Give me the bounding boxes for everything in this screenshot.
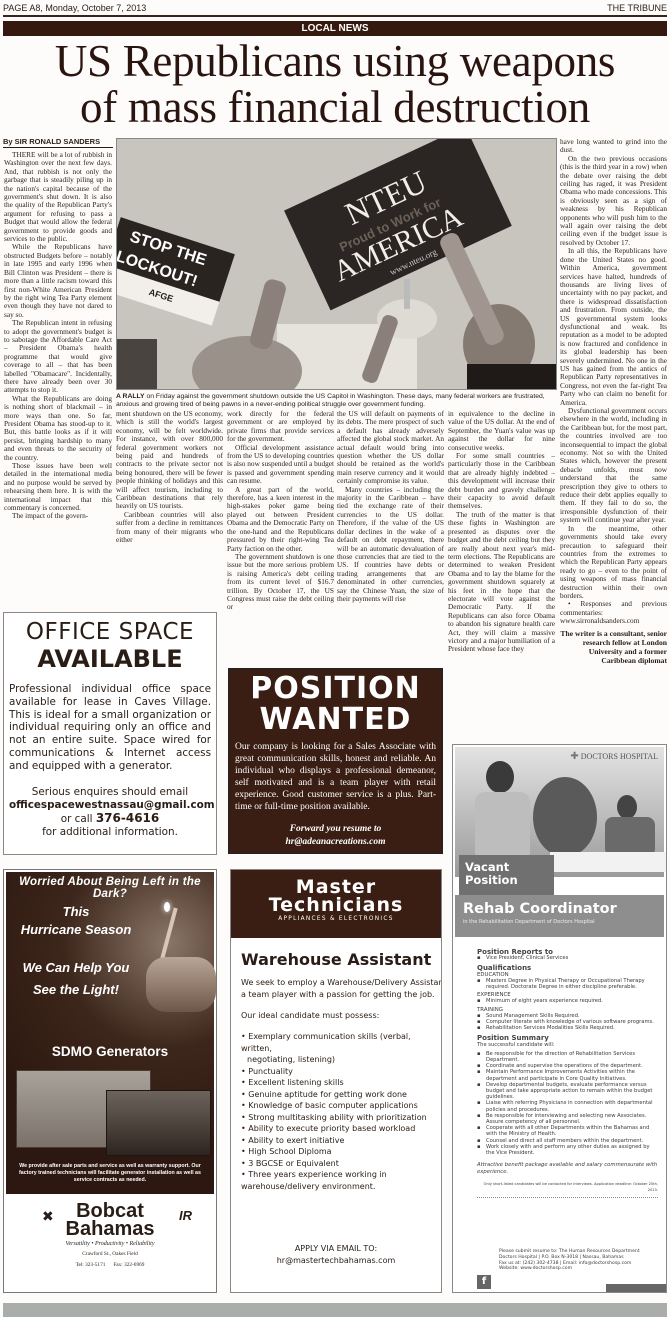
page-folio: PAGE A8, Monday, October 7, 2013 <box>3 3 146 13</box>
fax: Fax: 322-6969 <box>113 1262 144 1268</box>
address: Crawford St., Oakes Field <box>4 1250 216 1258</box>
ideal-heading: Our ideal candidate must possess: <box>241 1011 441 1020</box>
list-item: Cooperate with all other Departments wit… <box>477 1125 658 1137</box>
contact-block: Please submit resume to: The Human Resou… <box>499 1249 660 1272</box>
paragraph: In all this, the Republicans have done t… <box>560 247 667 407</box>
slogan-1: This <box>16 904 136 920</box>
ad-title-1: POSITION <box>235 673 436 704</box>
paragraph: The Republican intent in refusing to ado… <box>4 319 112 395</box>
paragraph: Dysfunctional government occurs elsewher… <box>560 407 667 525</box>
list-item: • Knowledge of basic computer applicatio… <box>241 1100 441 1112</box>
paragraph: Official development assistance from the… <box>227 444 334 486</box>
list-item: warehouse/delivery environment. <box>241 1181 441 1193</box>
paragraph: THERE will be a lot of rubbish in Washin… <box>4 151 112 243</box>
ad-office-space[interactable]: OFFICE SPACE AVAILABLE Professional indi… <box>3 612 217 855</box>
paragraph: ment shutdown on the US economy, which i… <box>116 410 223 511</box>
ad-title-2: WANTED <box>235 704 436 735</box>
benefit-note: Attractive benefit package available and… <box>477 1162 658 1174</box>
list-item: Liaise with referring Physicians in conn… <box>477 1100 658 1112</box>
more-info-text: for additional information. <box>9 826 211 839</box>
article-column-6: have long wanted to grind into the dust.… <box>560 138 667 738</box>
list-item: • Excellent listening skills <box>241 1077 441 1089</box>
deadline-note: Only short-listed candidates will be con… <box>477 1181 658 1193</box>
contact-line: Please submit resume to: The Human Resou… <box>499 1249 660 1255</box>
rally-photo: NTEU Proud to Work for AMERICA www.nteu.… <box>116 138 557 390</box>
ad-contact: Serious enquires should email officespac… <box>9 786 211 839</box>
list-item: Masters Degree in Physical Therapy or Oc… <box>477 978 658 990</box>
list-item: • Three years experience working in <box>241 1169 441 1181</box>
ad-position-wanted[interactable]: POSITION WANTED Our company is looking f… <box>228 668 443 854</box>
requirements-list: • Exemplary communication skills (verbal… <box>241 1031 441 1192</box>
email-link[interactable]: hr@adeanacreations.com <box>235 836 436 849</box>
corner-bar <box>606 1284 666 1292</box>
product-name: SDMO Generators <box>6 1044 214 1059</box>
ad-doctors-hospital[interactable]: ✚ DOCTORS HOSPITAL Vacant Position Rehab… <box>452 744 667 1293</box>
responses-link[interactable]: • Responses and previous commentaries: w… <box>560 600 667 625</box>
list-item: negotiating, listening) <box>241 1054 441 1066</box>
ad-forward: Forward you resume to hr@adeanacreations… <box>235 823 436 849</box>
ad-master-technicians[interactable]: Master Technicians APPLIANCES & ELECTRON… <box>230 869 442 1293</box>
paragraph: The truth of the matter is that these fi… <box>448 511 555 654</box>
ad-title-bold: AVAILABLE <box>9 645 211 673</box>
list-item: Be responsible for interviewing and sele… <box>477 1113 658 1125</box>
article-column-2: ment shutdown on the US economy, which i… <box>116 410 223 610</box>
generator-image-small <box>106 1090 211 1156</box>
role-band: Rehab Coordinator in the Rehabilitation … <box>455 895 664 937</box>
paragraph: The government shutdown is one issue but… <box>227 553 334 612</box>
ad-title: OFFICE SPACE <box>9 619 211 645</box>
cross-icon: ✚ <box>570 751 578 762</box>
website-link[interactable]: Website: www.doctorshosp.com <box>499 1266 660 1272</box>
paragraph: Many countries – including the majority … <box>337 486 444 604</box>
rally-photo-illustration: NTEU Proud to Work for AMERICA www.nteu.… <box>117 139 557 390</box>
ad-body: Professional individual office space ava… <box>9 683 211 773</box>
vacant-label: Vacant Position <box>459 855 554 895</box>
brand-line-2: Technicians <box>231 896 441 914</box>
headline-line-2: of mass financial destruction <box>0 84 670 130</box>
hospital-logo: ✚ DOCTORS HOSPITAL <box>570 751 658 762</box>
paragraph: The impact of the govern- <box>4 512 112 520</box>
forward-text: Forward you resume to <box>235 823 436 836</box>
role-dept: in the Rehabilitation Department of Doct… <box>463 919 656 925</box>
paragraph: What the Republicans are doing is nothin… <box>4 395 112 462</box>
paragraph: work directly for the federal government… <box>227 410 334 444</box>
job-details: Position Reports to Vice President, Clin… <box>477 945 658 1198</box>
paragraph: have long wanted to grind into the dust. <box>560 138 667 155</box>
apply-label: APPLY VIA EMAIL TO: <box>231 1243 441 1255</box>
list-item: Minimum of eight years experience requir… <box>477 998 658 1004</box>
bobcat-icon: ✖ <box>42 1208 54 1225</box>
phone-fax: Tel: 323-5171 Fax: 322-6969 <box>4 1261 216 1269</box>
list-item: Work closely with and perform any other … <box>477 1144 658 1156</box>
section-label: LOCAL NEWS <box>3 21 667 36</box>
article-column-4: the US will default on payments of its d… <box>337 410 444 668</box>
apply-block: APPLY VIA EMAIL TO: hr@mastertechbahamas… <box>231 1243 441 1266</box>
match-flame-icon <box>164 902 170 912</box>
paragraph: A great part of the world, therefore, ha… <box>227 486 334 553</box>
list-item: Rehabilitation Services Modalities Skill… <box>477 1025 658 1031</box>
hospital-name: DOCTORS HOSPITAL <box>581 752 658 761</box>
brand-sub: APPLIANCES & ELECTRONICS <box>231 916 441 922</box>
ad-header: Master Technicians APPLIANCES & ELECTRON… <box>231 870 441 938</box>
ir-logo-icon: IR <box>179 1208 192 1223</box>
paragraph: the US will default on payments of its d… <box>337 410 444 486</box>
hand-icon <box>146 957 216 1012</box>
footer-bar <box>3 1303 667 1317</box>
ad-intro: We seek to employ a Warehouse/Delivery A… <box>241 977 441 1000</box>
list-item: • High School Diploma <box>241 1146 441 1158</box>
list-item: • 3 BGCSE or Equivalent <box>241 1158 441 1170</box>
byline: By SIR RONALD SANDERS <box>3 137 113 148</box>
list-item: • Ability to execute priority based work… <box>241 1123 441 1135</box>
slogan-4: See the Light! <box>16 982 136 998</box>
bobcat-logo: ✖ Bobcat Bahamas IR Versatility • Produc… <box>4 1202 216 1269</box>
paragraph: Those issues have been well detailed in … <box>4 462 112 512</box>
email-link[interactable]: hr@mastertechbahamas.com <box>231 1255 441 1267</box>
list-item: • Punctuality <box>241 1066 441 1078</box>
caption-text: on Friday against the government shutdow… <box>116 393 545 408</box>
paragraph: On the two previous occasions (this is t… <box>560 155 667 247</box>
slogan-3: We Can Help You <box>16 960 136 976</box>
divider <box>477 1197 658 1198</box>
enquire-text: Serious enquires should email <box>9 786 211 799</box>
list-item: • Exemplary communication skills (verbal… <box>241 1031 441 1054</box>
job-title: Warehouse Assistant <box>241 950 441 969</box>
list-item: Be responsible for the direction of Reha… <box>477 1051 658 1063</box>
header-rule <box>3 15 667 17</box>
headline-line-1: US Republicans using weapons <box>0 38 670 84</box>
list-item: Maintain Performance Improvements Activi… <box>477 1069 658 1081</box>
list-item: • Ability to exert initiative <box>241 1135 441 1147</box>
facebook-icon[interactable]: f <box>477 1275 491 1289</box>
ad-question: Worried About Being Left in the Dark? <box>6 876 214 900</box>
phone-line: or call 376-4616 <box>9 812 211 826</box>
slogan-2: Hurricane Season <box>16 922 136 938</box>
summary-intro: The successful candidate will: <box>477 1042 658 1048</box>
paragraph: Caribbean countries will also suffer fro… <box>116 511 223 545</box>
intro-line-2: a team player with a passion for getting… <box>241 989 441 1001</box>
paragraph: For some small countries – particularly … <box>448 452 555 511</box>
paragraph: While the Republicans have obstructed Bu… <box>4 243 112 319</box>
intro-line-1: We seek to employ a Warehouse/Delivery A… <box>241 977 441 989</box>
paragraph: In the meantime, other governments shoul… <box>560 525 667 601</box>
article-column-3: work directly for the federal government… <box>227 410 334 668</box>
ad-dark-panel: Worried About Being Left in the Dark? Th… <box>6 872 214 1194</box>
ad-body: Our company is looking for a Sales Assoc… <box>235 741 436 813</box>
author-tagline: The writer is a consultant, senior resea… <box>560 629 667 665</box>
ad-sdmo-generators[interactable]: Worried About Being Left in the Dark? Th… <box>3 869 217 1293</box>
call-prefix: or call <box>61 813 96 825</box>
list-item: Vice President, Clinical Services <box>477 955 658 961</box>
tel: Tel: 323-5171 <box>76 1262 106 1268</box>
paragraph: in equivalence to the decline in value o… <box>448 410 555 452</box>
phone-number[interactable]: 376-4616 <box>96 811 159 825</box>
article-column-5: in equivalence to the decline in value o… <box>448 410 555 750</box>
list-item: • Strong multitasking ability with prior… <box>241 1112 441 1124</box>
role-title: Rehab Coordinator <box>463 901 656 917</box>
vacant-line-2: Position <box>465 874 548 887</box>
article-column-1: THERE will be a lot of rubbish in Washin… <box>4 151 112 606</box>
list-item: Develop departmental budgets, evaluate p… <box>477 1082 658 1101</box>
caption-lead: A RALLY <box>116 393 145 400</box>
newspaper-name: THE TRIBUNE <box>607 3 667 13</box>
list-item: • Genuine aptitude for getting work done <box>241 1089 441 1101</box>
brand-values: Versatility • Productivity • Reliability <box>4 1241 216 1247</box>
photo-caption: A RALLY on Friday against the government… <box>116 393 560 409</box>
ad-fine-print: We provide after sale parts and service … <box>10 1163 210 1184</box>
headline: US Republicans using weapons of mass fin… <box>0 38 670 130</box>
